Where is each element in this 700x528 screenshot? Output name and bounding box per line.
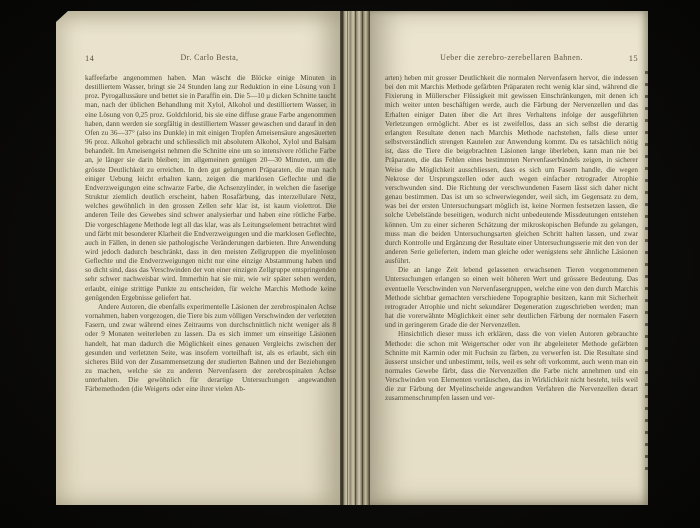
scan-background: 14 Dr. Carlo Besta, kaffeefarbe angenomm… [0, 0, 700, 528]
page-text-right: arten) heben mit grosser Deutlichkeit di… [385, 74, 638, 404]
scan-edge-artifacts [645, 71, 648, 471]
page-edge-line [355, 11, 356, 505]
running-head-right: Ueber die zerebro-zerebellaren Bahnen. 1… [385, 53, 638, 65]
paragraph: Die an lange Zeit lebend gelassenen erwa… [385, 266, 638, 330]
book-page-right: Ueber die zerebro-zerebellaren Bahnen. 1… [370, 11, 648, 505]
page-edge-line [362, 11, 363, 505]
running-header-title-left: Dr. Carlo Besta, [85, 53, 334, 62]
paragraph: Hinsichtlich dieser muss ich erklären, d… [385, 330, 638, 403]
book-page-left: 14 Dr. Carlo Besta, kaffeefarbe angenomm… [56, 11, 340, 505]
paragraph: Andere Autoren, die ebenfalls experiment… [85, 303, 336, 395]
page-number-right: 15 [629, 53, 638, 63]
running-head-left: 14 Dr. Carlo Besta, [85, 53, 334, 65]
paragraph: arten) heben mit grosser Deutlichkeit di… [385, 74, 638, 266]
book-spine-gutter [340, 11, 370, 505]
paragraph: kaffeefarbe angenommen haben. Man wäscht… [85, 74, 336, 303]
page-text-left: kaffeefarbe angenommen haben. Man wäscht… [85, 74, 336, 394]
running-header-title-right: Ueber die zerebro-zerebellaren Bahnen. [385, 53, 638, 62]
page-edge-line [347, 11, 348, 505]
